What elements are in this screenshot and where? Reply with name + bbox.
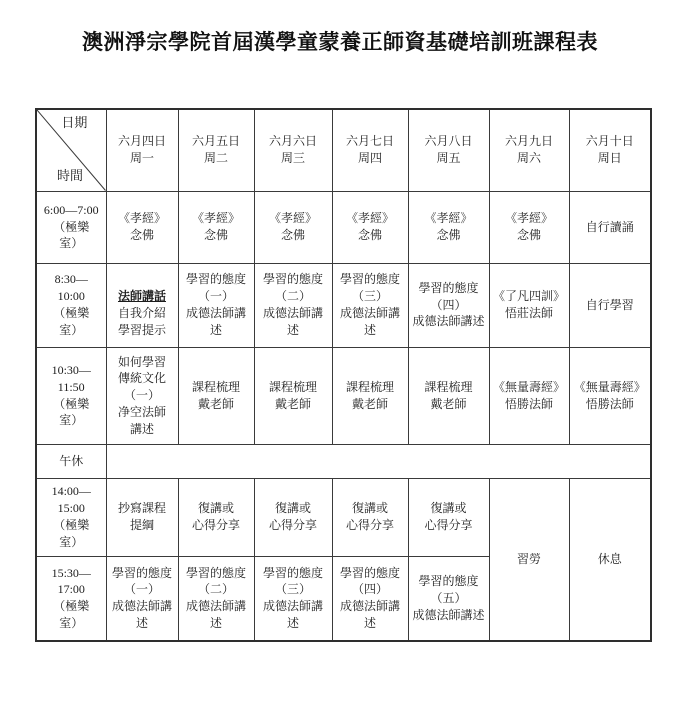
row-morning-session2: 10:30— 11:50 （極樂 室） 如何學習 傳統文化 （一） 净空法師 講… [36, 347, 651, 444]
schedule-cell: 抄寫課程 提綱 [106, 478, 178, 556]
row-lunch-break: 午休 [36, 444, 651, 478]
row-morning-recitation: 6:00—7:00 （極樂 室） 《孝經》 念佛 《孝經》 念佛 《孝經》 念佛… [36, 191, 651, 263]
schedule-cell: 《孝經》 念佛 [332, 191, 408, 263]
schedule-cell: 學習的態度 （四） 成德法師講述 [332, 556, 408, 641]
day-header-sat: 六月九日 周六 [489, 109, 569, 191]
schedule-cell: 學習的態度 （四） 成德法師講述 [408, 263, 489, 347]
row-morning-session1: 8:30— 10:00 （極樂 室） 法師講話自我介紹 學習提示 學習的態度 （… [36, 263, 651, 347]
day-header-tue: 六月五日 周二 [178, 109, 254, 191]
corner-date-label: 日期 [61, 114, 87, 132]
schedule-cell: 課程梳理 戴老師 [332, 347, 408, 444]
schedule-cell: 學習的態度 （二） 成德法師講述 [178, 556, 254, 641]
schedule-cell-rest: 休息 [569, 478, 651, 641]
time-cell: 14:00— 15:00 （極樂 室） [36, 478, 106, 556]
day-header-sun: 六月十日 周日 [569, 109, 651, 191]
schedule-cell: 復講或 心得分享 [254, 478, 332, 556]
schedule-cell: 《孝經》 念佛 [408, 191, 489, 263]
special-rest-text: 自我介紹 學習提示 [118, 306, 166, 337]
corner-inner: 日期 時間 [37, 110, 106, 191]
schedule-cell: 《孝經》 念佛 [178, 191, 254, 263]
schedule-cell: 《無量壽經》 悟勝法師 [489, 347, 569, 444]
schedule-cell: 復講或 心得分享 [332, 478, 408, 556]
time-cell: 10:30— 11:50 （極樂 室） [36, 347, 106, 444]
schedule-cell: 復講或 心得分享 [408, 478, 489, 556]
schedule-cell-labor: 習勞 [489, 478, 569, 641]
schedule-cell: 課程梳理 戴老師 [254, 347, 332, 444]
day-header-wed: 六月六日 周三 [254, 109, 332, 191]
schedule-cell: 課程梳理 戴老師 [408, 347, 489, 444]
schedule-table: 日期 時間 六月四日 周一 六月五日 周二 六月六日 周三 六月七日 周四 六月… [35, 108, 652, 642]
schedule-cell: 課程梳理 戴老師 [178, 347, 254, 444]
lunch-label-cell: 午休 [36, 444, 106, 478]
schedule-cell: 學習的態度 （三） 成德法師講述 [254, 556, 332, 641]
schedule-cell: 《了凡四訓》 悟莊法師 [489, 263, 569, 347]
schedule-cell: 如何學習 傳統文化 （一） 净空法師 講述 [106, 347, 178, 444]
emphasis-text: 法師講話 [110, 288, 175, 305]
day-header-mon: 六月四日 周一 [106, 109, 178, 191]
schedule-cell: 學習的態度 （一） 成德法師講述 [106, 556, 178, 641]
day-header-fri: 六月八日 周五 [408, 109, 489, 191]
schedule-cell: 《孝經》 念佛 [489, 191, 569, 263]
schedule-cell: 自行讀誦 [569, 191, 651, 263]
header-row: 日期 時間 六月四日 周一 六月五日 周二 六月六日 周三 六月七日 周四 六月… [36, 109, 651, 191]
schedule-cell: 復講或 心得分享 [178, 478, 254, 556]
time-cell: 15:30— 17:00 （極樂 室） [36, 556, 106, 641]
row-afternoon-session1: 14:00— 15:00 （極樂 室） 抄寫課程 提綱 復講或 心得分享 復講或… [36, 478, 651, 556]
page-title: 澳洲淨宗學院首屆漢學童蒙養正師資基礎培訓班課程表 [0, 27, 680, 57]
time-cell: 6:00—7:00 （極樂 室） [36, 191, 106, 263]
schedule-cell: 自行學習 [569, 263, 651, 347]
corner-cell: 日期 時間 [36, 109, 106, 191]
time-cell: 8:30— 10:00 （極樂 室） [36, 263, 106, 347]
schedule-cell: 《孝經》 念佛 [106, 191, 178, 263]
schedule-cell: 學習的態度 （三） 成德法師講述 [332, 263, 408, 347]
schedule-cell: 學習的態度 （一） 成德法師講述 [178, 263, 254, 347]
day-header-thu: 六月七日 周四 [332, 109, 408, 191]
corner-time-label: 時間 [57, 167, 83, 185]
schedule-cell: 《無量壽經》 悟勝法師 [569, 347, 651, 444]
schedule-cell: 學習的態度 （二） 成德法師講述 [254, 263, 332, 347]
lunch-empty-cell [106, 444, 651, 478]
schedule-cell: 《孝經》 念佛 [254, 191, 332, 263]
schedule-cell-special: 法師講話自我介紹 學習提示 [106, 263, 178, 347]
schedule-cell: 學習的態度 （五） 成德法師講述 [408, 556, 489, 641]
